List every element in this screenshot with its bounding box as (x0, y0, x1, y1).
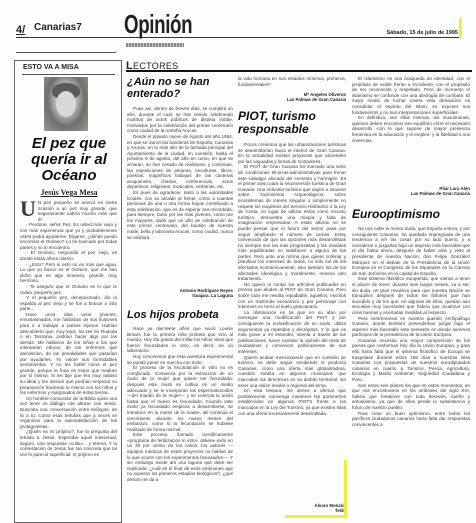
highlighter-mark (285, 515, 347, 518)
letter-paragraph: La obstinación es tal que en su afán por… (238, 310, 346, 355)
letter-continuation: la vida humana en sus estadios mínimos, … (238, 76, 346, 90)
column-paragraph: - Perdone, señor Pez. Es usted más viejo… (20, 222, 117, 250)
letter-body: Pues así, dentro de breves días, se cump… (127, 106, 233, 296)
column-paragraph: N pez pequeño se acercó en cierta ocasió… (38, 200, 117, 222)
masthead: 4/ Canarias7 Opinión Sábado, 15 de julio… (16, 8, 462, 48)
column-paragraph: - Te aseguro que el Océano es lo que te … (20, 284, 117, 295)
signature-place: Guajara. La Laguna (150, 293, 233, 298)
letter-paragraph: Pero centrémonos en nuestro querido Arch… (352, 316, 470, 338)
letter-signature: Pilar Lara Alen Las Palmas de Gran Canar… (380, 186, 470, 196)
letter-paragraph: Desde el pasado nueve de Agosto del año … (127, 134, 233, 190)
letter-paragraph: En definitiva, son ellas mismas, las mus… (352, 115, 470, 143)
letter-paragraph: Este proceso, llamado científicamente «p… (127, 432, 233, 482)
column-paragraph: Y el pequeño pez, decepcionado, dio la e… (20, 295, 117, 312)
letter-headline: PIOT, turismo responsable (238, 110, 346, 136)
signature-place: Telde (260, 508, 346, 513)
author-photo (44, 77, 88, 131)
letter-paragraph: En esta tesitura, me atrevo a afirmar qu… (238, 388, 346, 416)
letter-paragraph: Hoy conocemos que esta aventura experime… (127, 354, 233, 365)
letter-signature: Alvaro Monzón Telde (260, 503, 346, 513)
letter-headline: Eurooptimismo (352, 208, 470, 220)
column-paragraph: - El Océano, respondió el pez viejo, es … (20, 250, 117, 261)
letter-headline: ¿Aún no se han enterado? (127, 76, 227, 100)
letter-paragraph: No nos cabe la menor duda, que España en… (352, 226, 470, 276)
column-kicker: ESTO VA A MISA (23, 64, 79, 71)
letter-headline: Los hijos probeta (127, 309, 233, 321)
signature-place: Las Palmas de Gran Canaria (380, 191, 470, 196)
photo-face (56, 91, 76, 117)
column-author: Jesús Vega Mesa (22, 188, 116, 197)
letter-paragraph: Canarias necesita una mayor comprensión … (352, 338, 470, 383)
column-paragraph: Un hombre conocedor de la Biblia quiso u… (20, 396, 117, 430)
letter-paragraph: Para crear un buen optimismo, entre todo… (352, 411, 470, 428)
letter-body: El islamismo es una búsqueda de identida… (352, 76, 470, 186)
dropcap: U (20, 200, 36, 218)
letter-paragraph: Hace ya diecisiete años que nació Louise… (127, 326, 233, 354)
page-number: 4/ (16, 24, 25, 36)
kicker-rule (22, 74, 115, 75)
letter-signature: Mª Angeles Oliveros Las Palmas de Gran C… (260, 92, 346, 102)
letter-paragraph: Pocos creíamos que las urbanizaciones tu… (238, 142, 346, 164)
letter-paragraph: Pues así, dentro de breves días, se cump… (127, 106, 233, 134)
letter-paragraph: Este sistema filosófico europeísta, que … (352, 276, 470, 315)
letter-paragraph: El PIOT de Gran Canaria ha marcado una s… (238, 164, 346, 281)
letter-signature: Antonio Rodríguez Reyes Guajara. La Lagu… (150, 288, 233, 298)
letter-paragraph: Quiero acabar mencionando que en cuestió… (238, 355, 346, 389)
letter-paragraph: No quiero ni contar los artículos public… (238, 282, 346, 310)
masthead-rule (16, 37, 462, 38)
letter-body: Hace ya diecisiete años que nació Louise… (127, 326, 233, 522)
masthead-lower-rule (16, 52, 116, 53)
letter-paragraph: El islamismo es una búsqueda de identida… (352, 76, 470, 115)
column-paragraph: ¿Quién es mi prójimo?, fue la pregunta d… (20, 429, 117, 457)
newspaper-brand: Canarias7 (34, 22, 82, 33)
signature-place: Las Palmas de Gran Canaria (260, 97, 346, 102)
letter-body: Pocos creíamos que las urbanizaciones tu… (238, 142, 346, 502)
letter-paragraph: El proceso de la fecundación in vitro no… (127, 365, 233, 432)
highlighter-mark (459, 18, 462, 38)
section-underbar (126, 43, 184, 47)
column-headline: El pez que quería ir al Océano (22, 136, 116, 184)
lectores-rule (126, 70, 472, 72)
column-body: U N pez pequeño se acercó en cierta ocas… (20, 200, 117, 518)
newspaper-page: 4/ Canarias7 Opinión Sábado, 15 de julio… (0, 0, 476, 523)
letter-body: No nos cabe la menor duda, que España en… (352, 226, 470, 523)
letter-paragraph: Son estos seis pilares los que en estos … (352, 383, 470, 411)
section-title: Opinión (124, 9, 192, 40)
letter-paragraph: Es pues de agradecer, tanto a las autori… (127, 190, 233, 240)
column-paragraph: Hace unos días unos jóvenes, entusiasmad… (20, 312, 117, 396)
column-paragraph: - ¿Esto? Pero si esto no es más que agua… (20, 262, 117, 284)
issue-date: Sábado, 15 de julio de 1995 (386, 30, 458, 36)
highlighter-mark (344, 460, 347, 515)
